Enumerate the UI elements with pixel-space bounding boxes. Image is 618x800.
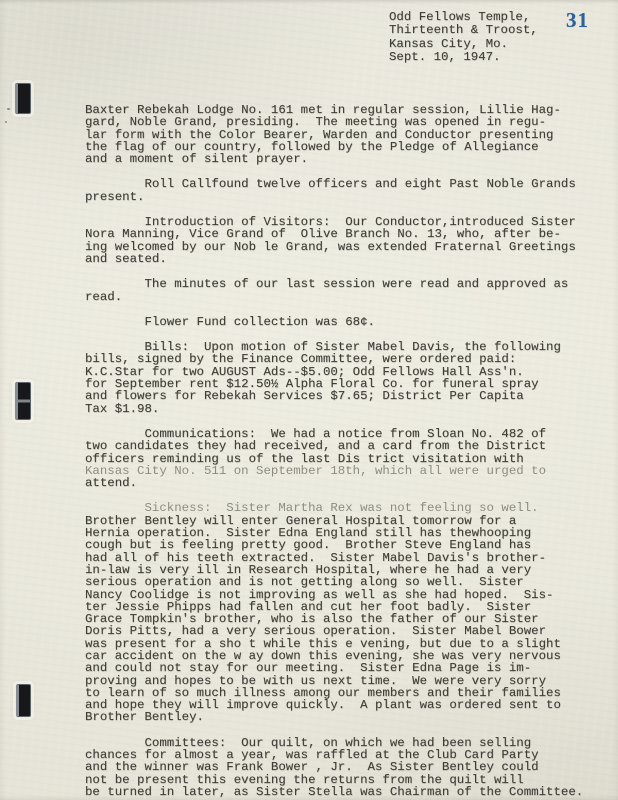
paper-speck [7, 108, 10, 110]
paragraph: Sickness: Sister Martha Rex was not feel… [85, 502, 605, 723]
binder-fastener-tab [16, 684, 31, 717]
text-line: Sickness: Sister Martha Rex was not feel… [85, 502, 605, 514]
text-line: Nancy Coolidge is not improving as well … [85, 589, 605, 601]
paragraph: Communications: We had a notice from Slo… [85, 428, 605, 489]
paragraph: Roll Callfound twelve officers and eight… [85, 178, 605, 203]
text-line: Nora Manning, Vice Grand of Olive Branch… [85, 228, 605, 240]
letterhead-address-block: Odd Fellows Temple, Thirteenth & Troost,… [389, 11, 538, 65]
text-line: Kansas City No. 511 on September 18th, w… [85, 465, 605, 477]
text-line: and seated. [85, 253, 605, 265]
text-line: two candidates they had received, and a … [85, 440, 605, 452]
text-line: serious operation and is not getting alo… [85, 576, 605, 588]
paragraph: Baxter Rebekah Lodge No. 161 met in regu… [85, 104, 605, 165]
scanned-document-page: 31 Odd Fellows Temple, Thirteenth & Troo… [0, 0, 618, 800]
text-line: officers reminding us of the last Dis tr… [85, 453, 605, 465]
binder-fastener-tab [15, 83, 31, 114]
text-line: Doris Pitts, had a very serious operatio… [85, 625, 605, 637]
letterhead-line-city: Kansas City, Mo. [389, 38, 538, 51]
text-line: read. [85, 291, 605, 303]
page-number: 31 [566, 8, 589, 33]
binder-fastener-tab [15, 382, 31, 420]
paragraph: Flower Fund collection was 68¢. [85, 316, 605, 328]
text-line: attend. [85, 477, 605, 489]
text-line: The minutes of our last session were rea… [85, 278, 605, 290]
paper-speck [5, 121, 7, 123]
text-line: Flower Fund collection was 68¢. [85, 316, 605, 328]
text-line: cough but is feeling pretty good. Brothe… [85, 539, 605, 551]
text-line: present. [85, 191, 605, 203]
text-line: and the winner was Frank Bower , Jr. As … [85, 761, 605, 773]
document-body: Baxter Rebekah Lodge No. 161 met in regu… [85, 104, 605, 798]
text-line: be turned in later, as Sister Stella was… [85, 786, 605, 798]
paragraph: The minutes of our last session were rea… [85, 278, 605, 303]
text-line: and could not stay for our meeting. Sist… [85, 662, 605, 674]
text-line: Roll Callfound twelve officers and eight… [85, 178, 605, 190]
text-line: and flowers for Rebekah Services $7.65; … [85, 390, 605, 402]
letterhead-line-venue: Odd Fellows Temple, [389, 11, 538, 24]
text-line: Tax $1.98. [85, 403, 605, 415]
text-line: and a moment of silent prayer. [85, 153, 605, 165]
paragraph: Introduction of Visitors: Our Conductor,… [85, 216, 605, 265]
letterhead-line-date: Sept. 10, 1947. [389, 51, 538, 64]
paragraph: Committees: Our quilt, on which we had b… [85, 737, 605, 798]
text-line: gard, Noble Grand, presiding. The meetin… [85, 116, 605, 128]
text-line: bills, signed by the Finance Committee, … [85, 353, 605, 365]
letterhead-line-street: Thirteenth & Troost, [389, 24, 538, 37]
paragraph: Bills: Upon motion of Sister Mabel Davis… [85, 341, 605, 415]
text-line: Brother Bentley. [85, 711, 605, 723]
